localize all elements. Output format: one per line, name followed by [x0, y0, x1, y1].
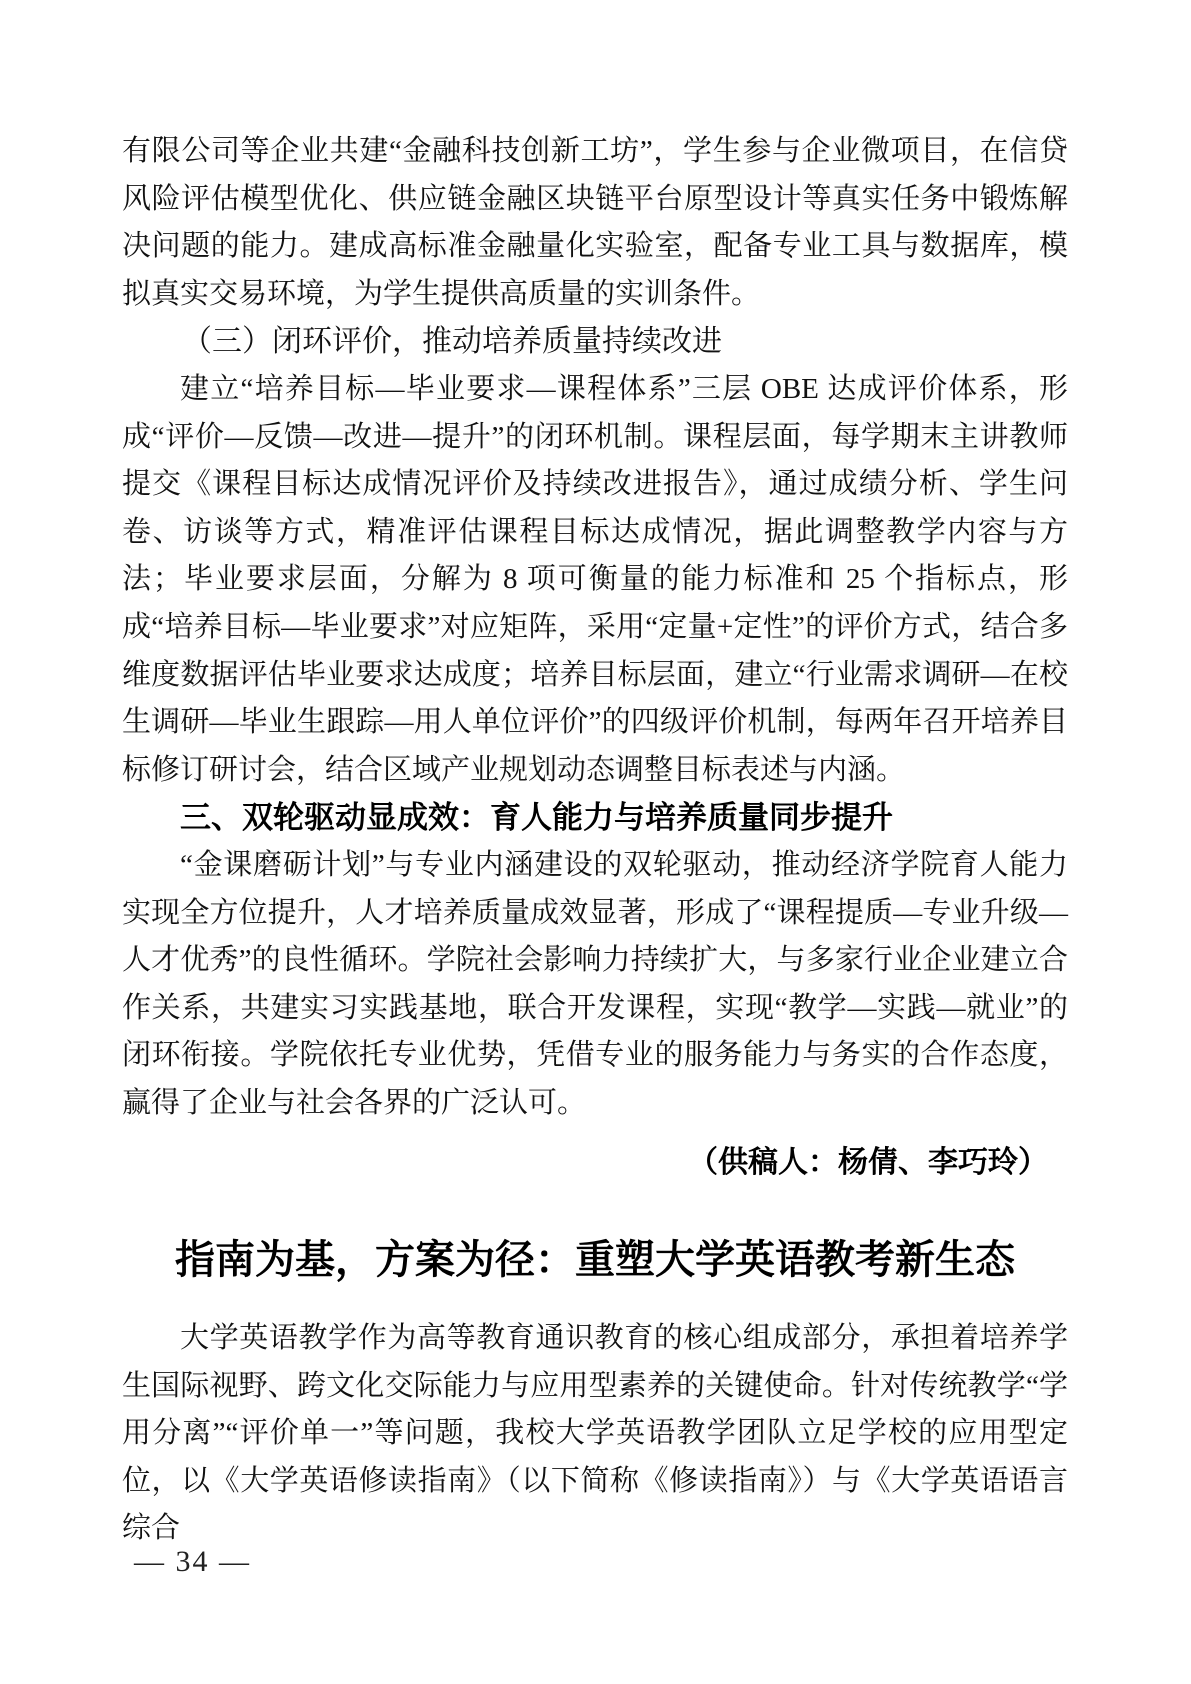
paragraph-continuation: 有限公司等企业共建“金融科技创新工坊”，学生参与企业微项目，在信贷风险评估模型优…	[122, 128, 1068, 318]
page-number: — 34 —	[134, 1545, 251, 1579]
byline-contributors: （供稿人：杨倩、李巧玲）	[122, 1139, 1068, 1187]
paragraph-english-intro: 大学英语教学作为高等教育通识教育的核心组成部分，承担着培养学生国际视野、跨文化交…	[122, 1315, 1068, 1553]
paragraph-results: “金课磨砺计划”与专业内涵建设的双轮驱动，推动经济学院育人能力实现全方位提升，人…	[122, 842, 1068, 1128]
document-page: 有限公司等企业共建“金融科技创新工坊”，学生参与企业微项目，在信贷风险评估模型优…	[0, 0, 1191, 1684]
section-heading-dual-drive-results: 三、双轮驱动显成效：育人能力与培养质量同步提升	[122, 794, 1068, 842]
subsection-heading-closed-loop-evaluation: （三）闭环评价，推动培养质量持续改进	[122, 318, 1068, 366]
article-title-english-teaching: 指南为基，方案为径：重塑大学英语教考新生态	[122, 1231, 1068, 1289]
paragraph-evaluation-system: 建立“培养目标—毕业要求—课程体系”三层 OBE 达成评价体系，形成“评价—反馈…	[122, 366, 1068, 794]
page-content: 有限公司等企业共建“金融科技创新工坊”，学生参与企业微项目，在信贷风险评估模型优…	[122, 128, 1068, 1553]
